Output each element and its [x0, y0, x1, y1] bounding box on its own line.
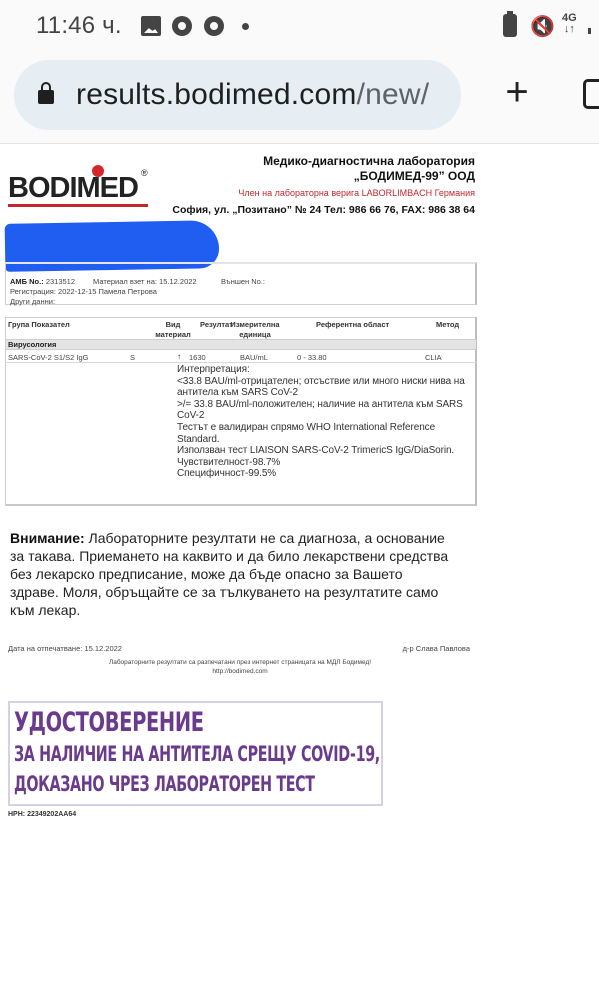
unit: BAU/mL — [240, 353, 268, 362]
lock-icon[interactable] — [38, 90, 54, 104]
printed-note: Лабораторните резултати са разпечатани п… — [0, 658, 480, 676]
material: S — [130, 353, 135, 362]
url-text[interactable]: results.bodimed.com/new/ — [76, 78, 429, 112]
bodimed-link[interactable]: http://bodimed.com — [0, 667, 480, 676]
4g-icon: 4G↓↑ — [562, 13, 577, 35]
antibody-certificate-banner: УДОСТОВЕРЕНИЕ ЗА НАЛИЧИЕ НА АНТИТЕЛА СРЕ… — [8, 701, 383, 806]
hrn-code: НРН: 22349202AA64 — [8, 811, 76, 818]
battery-saver-icon — [503, 14, 517, 37]
print-date: Дата на отпечатване: 15.12.2022 — [8, 644, 122, 653]
new-tab-button[interactable]: + — [498, 72, 536, 114]
other-data-line: Други данни: — [10, 297, 55, 306]
lab-address: София, ул. „Позитано” № 24 Тел: 986 66 7… — [172, 204, 475, 216]
table-row: SARS-CoV-2 S1/S2 IgG S ↑ 1630 BAU/mL 0 -… — [6, 351, 476, 363]
certificate-subtitle-1: ЗА НАЛИЧИЕ НА АНТИТЕЛА СРЕЩУ COVID-19, — [14, 739, 264, 769]
status-time: 11:46 ч. — [36, 12, 122, 40]
bodimed-logo: BODIMED ® — [8, 168, 148, 208]
test-name: SARS-CoV-2 S1/S2 IgG — [8, 353, 88, 362]
reference-range: 0 - 33.80 — [297, 353, 327, 362]
signal-icon — [588, 28, 591, 34]
method: CLIA — [425, 353, 442, 362]
more-notifications-dot-icon — [242, 23, 249, 30]
header-method: Метод — [436, 320, 459, 330]
certificate-title: УДОСТОВЕРЕНИЕ — [14, 707, 278, 739]
lab-chain-member: Член на лабораторна верига LABORLIMBACH … — [238, 188, 475, 198]
chrome-icon — [172, 16, 192, 36]
address-bar[interactable]: results.bodimed.com/new/ — [14, 60, 461, 130]
registration-line: Регистрация: 2022-12-15 Памела Петрова — [10, 287, 157, 296]
patient-info-box: АМБ No.: 2313512 Материал взет на: 15.12… — [5, 262, 477, 305]
certificate-subtitle-2: ДОКАЗАНО ЧРЕЗ ЛАБОРАТОРЕН ТЕСТ — [14, 769, 264, 799]
amb-line: АМБ No.: 2313512 Материал взет на: 15.12… — [10, 277, 75, 286]
interpretation-text: Интерпретация: <33.8 BAU/ml-отрицателен;… — [177, 364, 477, 480]
result-value: 1630 — [189, 353, 206, 362]
tab-switcher-button[interactable] — [583, 79, 599, 109]
browser-toolbar: results.bodimed.com/new/ + — [0, 52, 599, 144]
header-group: Група Показател — [8, 320, 70, 330]
status-bar: 11:46 ч. 🔇 4G↓↑ — [0, 0, 599, 52]
lab-name: Медико-диагностична лаборатория „БОДИМЕД… — [263, 154, 475, 184]
doctor-name: д-р Слава Павлова — [403, 644, 470, 653]
gallery-icon — [141, 16, 161, 36]
logo-dot-icon — [92, 165, 104, 177]
header-reference: Референтна област — [316, 320, 389, 330]
results-table: Група Показател Видматериал Резултат Изм… — [5, 317, 477, 506]
high-flag-arrow-icon: ↑ — [177, 352, 181, 361]
group-row-virology: Вирусология — [6, 339, 476, 350]
mute-vibrate-icon: 🔇 — [530, 14, 555, 39]
header-material: Видматериал — [146, 320, 200, 340]
warning-notice: Внимание: Лабораторните резултати не са … — [10, 529, 450, 619]
header-unit: Измерителнаединица — [228, 320, 282, 340]
chrome-icon — [204, 16, 224, 36]
